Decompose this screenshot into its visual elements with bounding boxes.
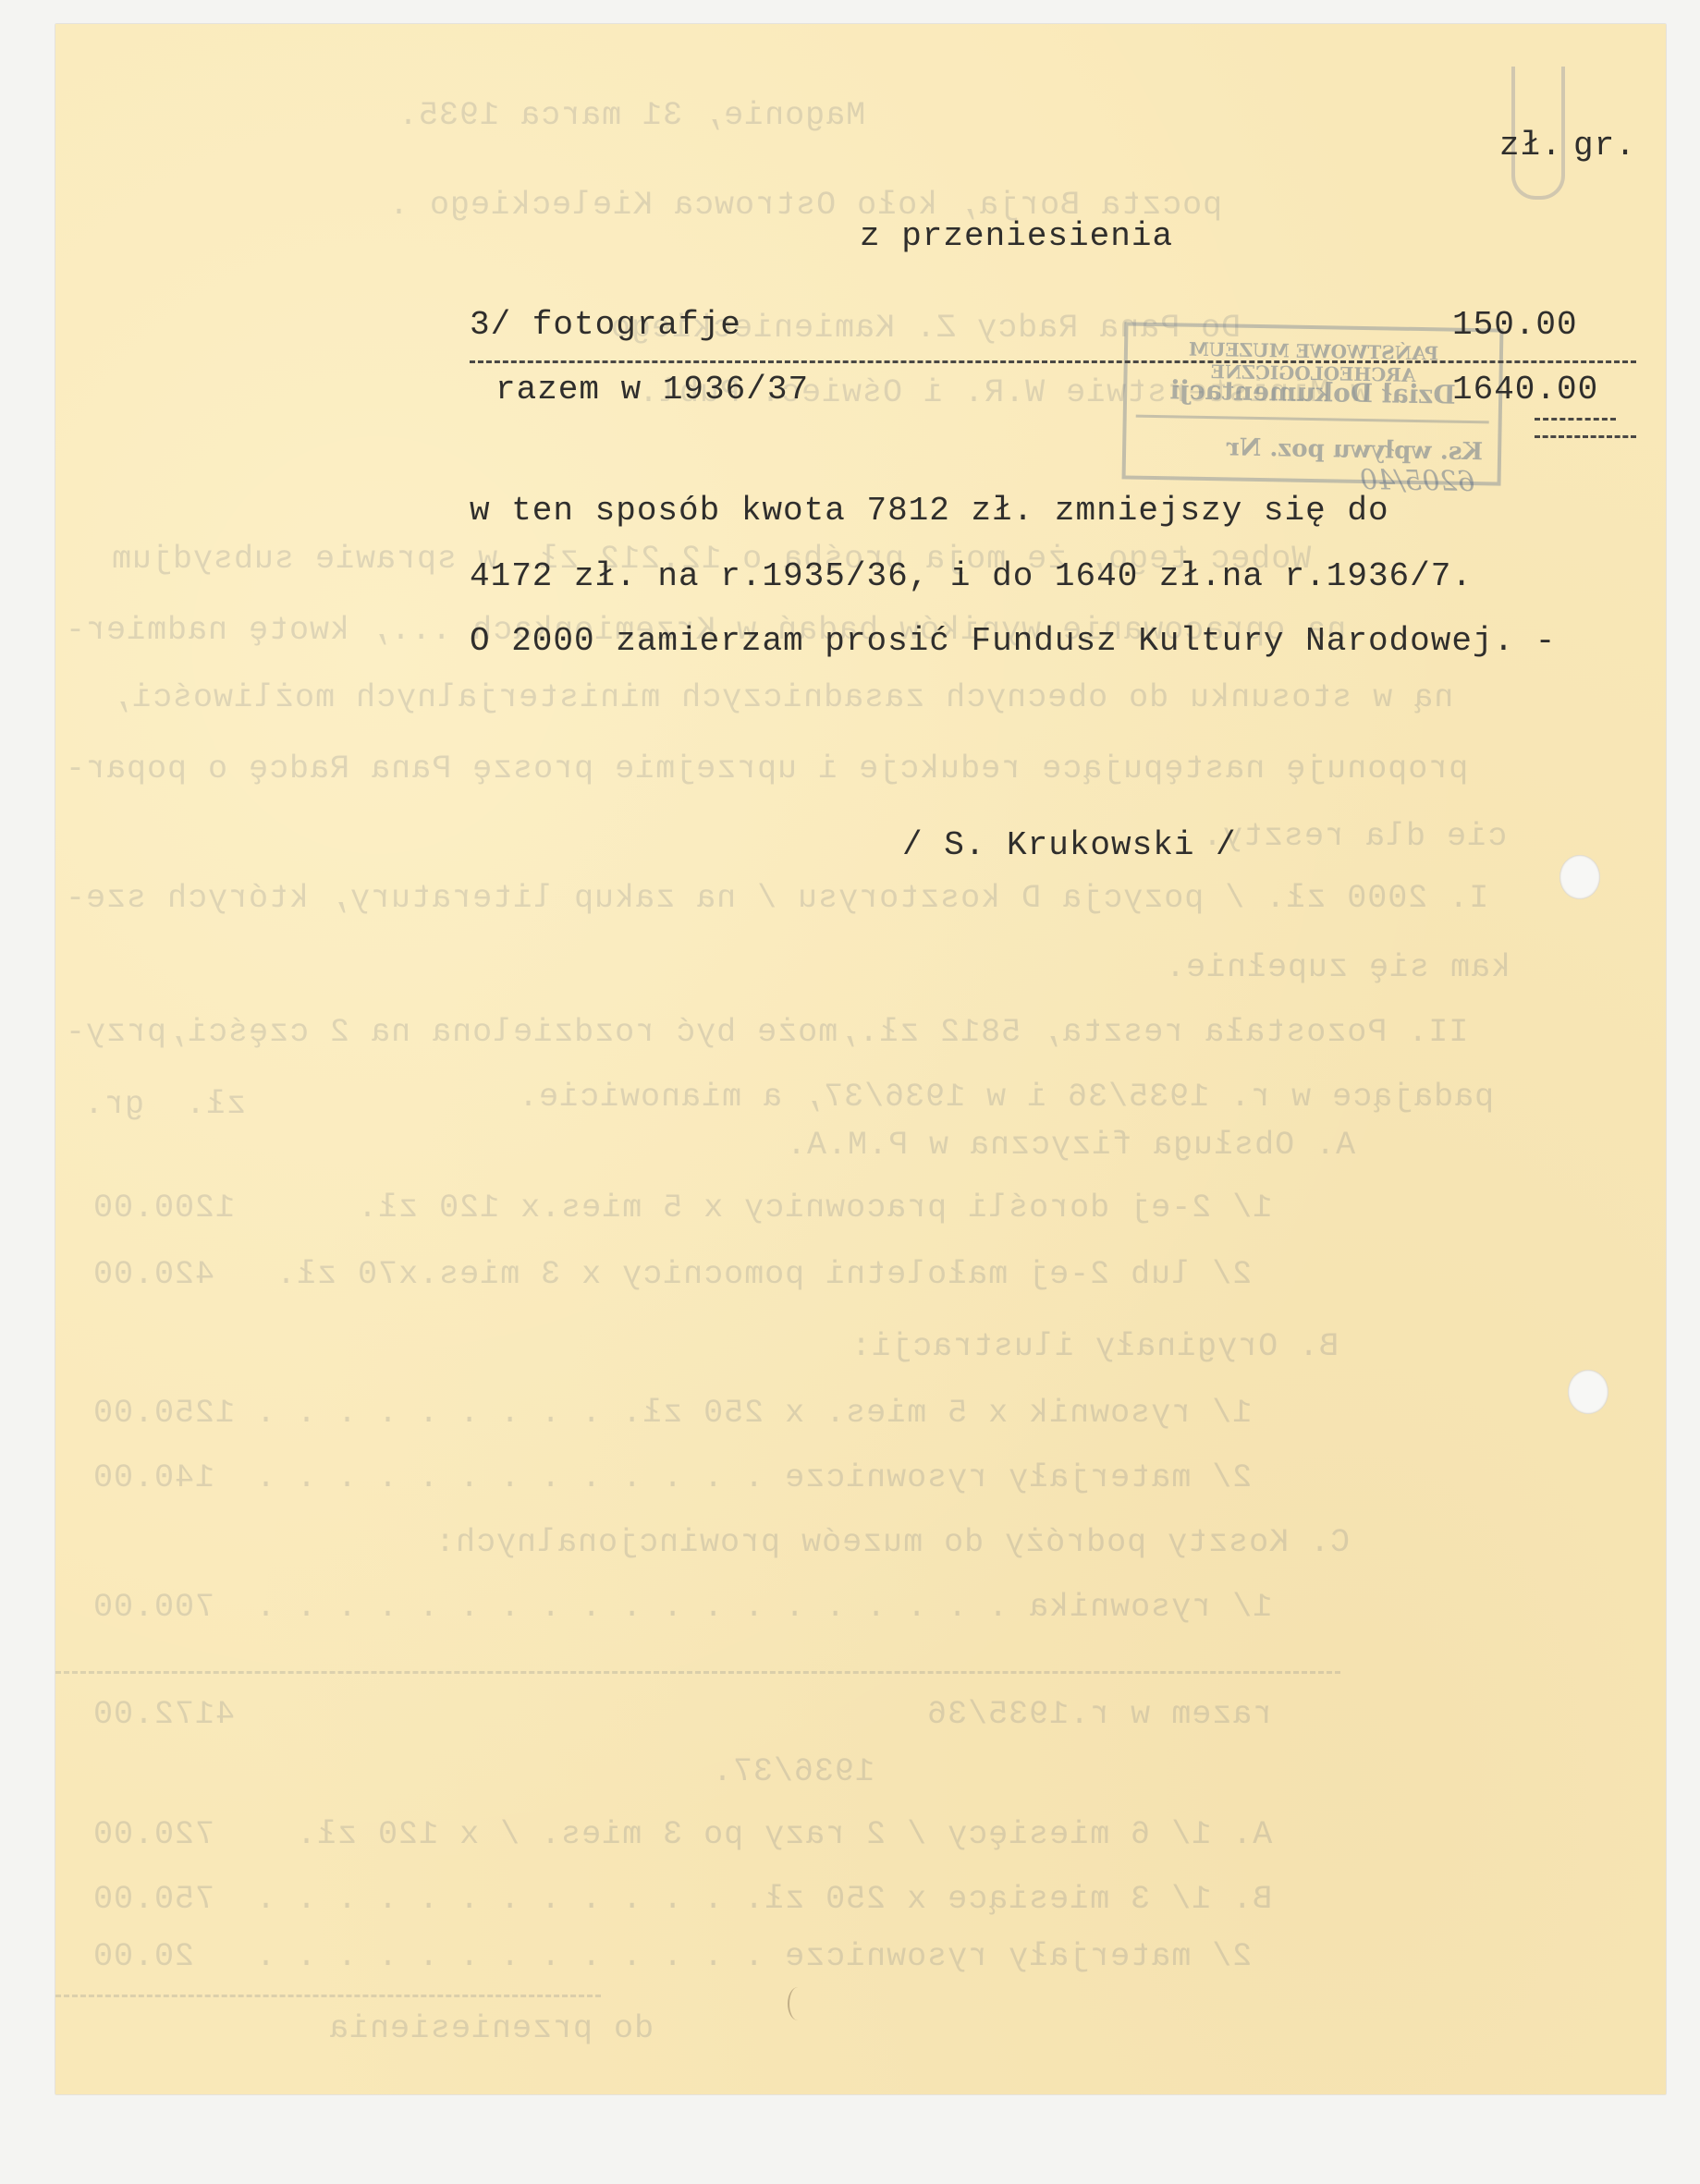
ghost-line: A. 1/ 6 miesięcy / 2 razy po 3 mies. / x…	[92, 1819, 1272, 1851]
ghost-line: do przeniesienia	[328, 2013, 654, 2045]
ghost-line: 2/ materjały rysownicze . . . . . . . . …	[92, 1462, 1252, 1495]
pencil-stroke	[788, 1987, 808, 2020]
double-rule-bottom	[1535, 435, 1636, 438]
ghost-line: 1936/37.	[712, 1756, 874, 1788]
ghost-line: 2/ materjały rysownicze . . . . . . . . …	[92, 1941, 1252, 1973]
ghost-line: C. Koszty podróży do muzeów prowincjonal…	[434, 1527, 1350, 1559]
double-rule-top	[1535, 418, 1616, 421]
ghost-line: 1/ 2-ej dorośli pracownicy x 5 mies.x 12…	[92, 1192, 1272, 1225]
stamp-register: Ks. wpływu poz. Nr 6205/40	[1125, 432, 1483, 498]
ghost-line: B. 1/ 3 miesiące x 250 zł. . . . . . . .…	[92, 1884, 1272, 1916]
body-line-3: O 2000 zamierzam prosić Fundusz Kultury …	[470, 625, 1556, 658]
ghost-line: II. Pozostała reszta, 5812 zł.,może być …	[65, 1017, 1468, 1049]
punch-hole	[1568, 1370, 1608, 1414]
ghost-line: razem w r.1935/36 4172.00	[92, 1699, 1272, 1731]
currency-header-zl: zł.	[1499, 129, 1562, 163]
currency-header-gr: gr.	[1573, 129, 1636, 163]
ghost-dashed-rule	[55, 1671, 1340, 1674]
ghost-line: Magonie, 31 marca 1935.	[397, 100, 865, 132]
ledger-item-amount: 150.00	[1452, 309, 1578, 342]
stamp-divider	[1136, 415, 1489, 424]
stamp-department: Dział Dokumentacji	[1127, 373, 1499, 410]
ghost-line: I. 2000 zł. / pozycja D kosztorysu / na …	[65, 883, 1488, 915]
ghost-line: B. Oryginały ilustracji:	[850, 1331, 1339, 1363]
ghost-line: 1/ rysownika . . . . . . . . . . . . . .…	[92, 1592, 1272, 1624]
ghost-line: zł. gr.	[83, 1089, 246, 1121]
ghost-line: 2/ lub 2-ej małoletni pomocnicy x 3 mies…	[92, 1259, 1252, 1291]
ledger-item-label: 3/ fotografje	[470, 309, 741, 342]
ghost-line: cie dla reszty.	[1202, 821, 1507, 853]
ledger-total-label: razem w 1936/37	[495, 373, 809, 407]
ghost-line: proponuję następujące redukcje i uprzejm…	[65, 753, 1468, 786]
carried-forward-label: z przeniesienia	[860, 220, 1173, 253]
ghost-line: 1/ rysownik x 5 mies. x 250 zł. . . . . …	[92, 1397, 1252, 1430]
ghost-dashed-rule	[55, 1995, 601, 1997]
dashed-rule	[470, 360, 1636, 363]
ghost-line: kam się zupełnie.	[1165, 952, 1510, 984]
stamp-register-label: Ks. wpływu poz. Nr	[1227, 433, 1484, 466]
ledger-total-amount: 1640.00	[1452, 373, 1598, 407]
ghost-line: padające w r. 1935/36 i w 1936/37, a mia…	[518, 1081, 1494, 1114]
signature: / S. Krukowski /	[902, 829, 1237, 862]
archive-stamp: PAŃSTWOWE MUZEUM ARCHEOLOGICZNE Dział Do…	[1122, 322, 1504, 485]
body-line-2: 4172 zł. na r.1935/36, i do 1640 zł.na r…	[470, 560, 1473, 593]
punch-hole	[1559, 855, 1600, 899]
ghost-line: ną w stosunku do obecnych zasadniczych m…	[111, 682, 1453, 714]
ghost-line: A. Obsługa fizyczna w P.M.A.	[786, 1129, 1355, 1162]
body-line-1: w ten sposób kwota 7812 zł. zmniejszy si…	[470, 494, 1389, 528]
